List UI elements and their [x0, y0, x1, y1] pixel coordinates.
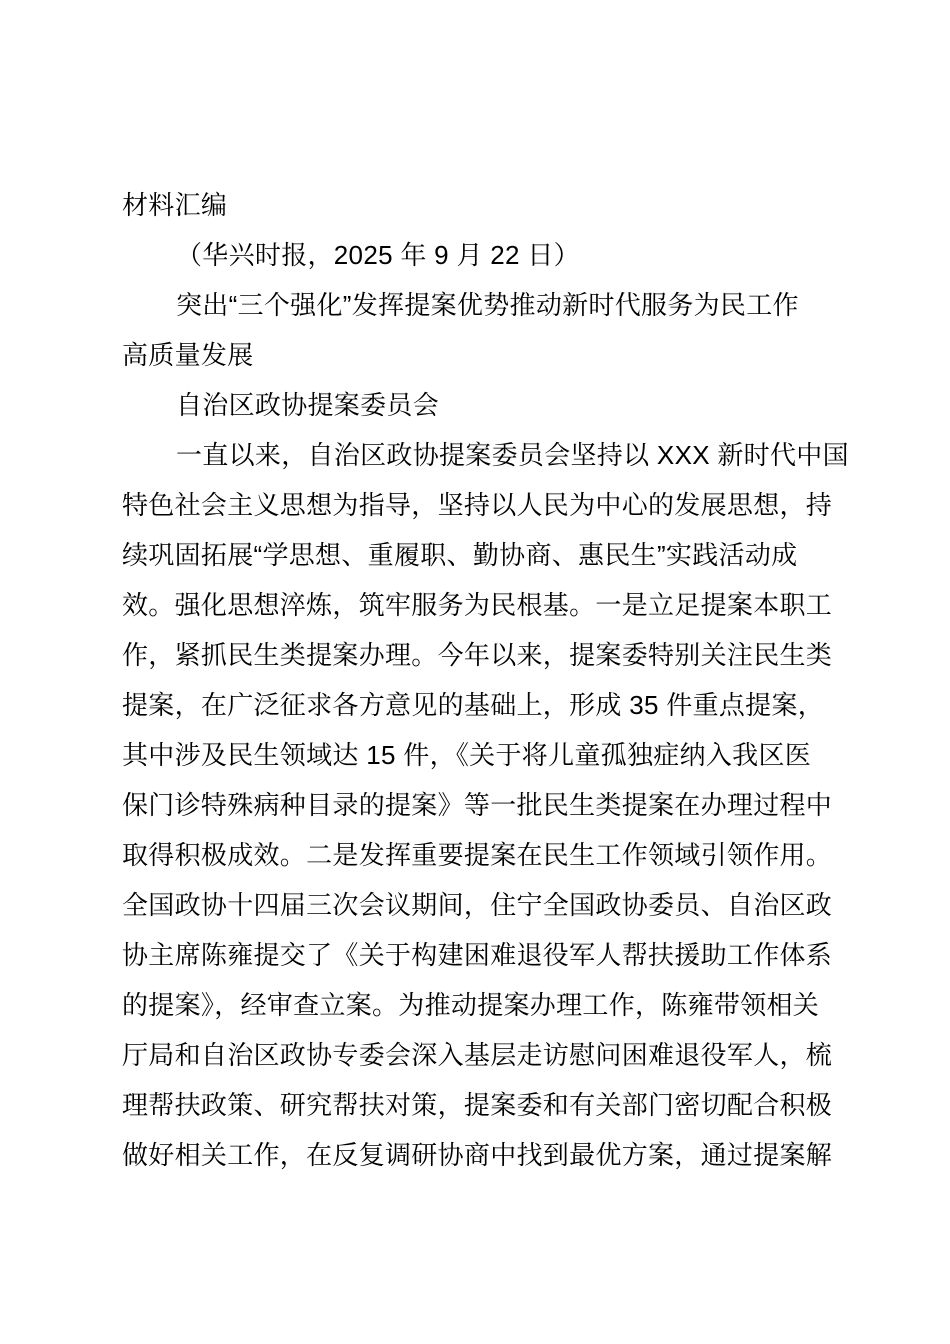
body-line: 厅局和自治区政协专委会深入基层走访慰问困难退役军人，梳: [122, 1030, 840, 1080]
body-line: 做好相关工作，在反复调研协商中找到最优方案，通过提案解: [122, 1130, 840, 1180]
body-line: 效。强化思想淬炼，筑牢服务为民根基。一是立足提案本职工: [122, 580, 840, 630]
heading-line-2: 高质量发展: [122, 330, 840, 380]
heading-line-1: 突出“三个强化”发挥提案优势推动新时代服务为民工作: [122, 280, 840, 330]
source-date-line: （华兴时报，2025 年 9 月 22 日）: [122, 230, 840, 280]
body-line: 续巩固拓展“学思想、重履职、勤协商、惠民生”实践活动成: [122, 530, 840, 580]
body-line: 协主席陈雍提交了《关于构建困难退役军人帮扶援助工作体系: [122, 930, 840, 980]
document-body: 材料汇编 （华兴时报，2025 年 9 月 22 日） 突出“三个强化”发挥提案…: [122, 180, 840, 1180]
body-line: 的提案》，经审查立案。为推动提案办理工作，陈雍带领相关: [122, 980, 840, 1030]
body-line: 提案，在广泛征求各方意见的基础上，形成 35 件重点提案，: [122, 680, 840, 730]
body-line: 全国政协十四届三次会议期间，住宁全国政协委员、自治区政: [122, 880, 840, 930]
body-line: 作，紧抓民生类提案办理。今年以来，提案委特别关注民生类: [122, 630, 840, 680]
body-line: 其中涉及民生领域达 15 件，《关于将儿童孤独症纳入我区医: [122, 730, 840, 780]
body-line: 取得积极成效。二是发挥重要提案在民生工作领域引领作用。: [122, 830, 840, 880]
doc-title-line: 材料汇编: [122, 180, 840, 230]
body-line: 特色社会主义思想为指导，坚持以人民为中心的发展思想，持: [122, 480, 840, 530]
body-line: 理帮扶政策、研究帮扶对策，提案委和有关部门密切配合积极: [122, 1080, 840, 1130]
body-line: 一直以来，自治区政协提案委员会坚持以 XXX 新时代中国: [122, 430, 840, 480]
author-line: 自治区政协提案委员会: [122, 380, 840, 430]
document-page: 材料汇编 （华兴时报，2025 年 9 月 22 日） 突出“三个强化”发挥提案…: [0, 0, 950, 1344]
body-line: 保门诊特殊病种目录的提案》等一批民生类提案在办理过程中: [122, 780, 840, 830]
